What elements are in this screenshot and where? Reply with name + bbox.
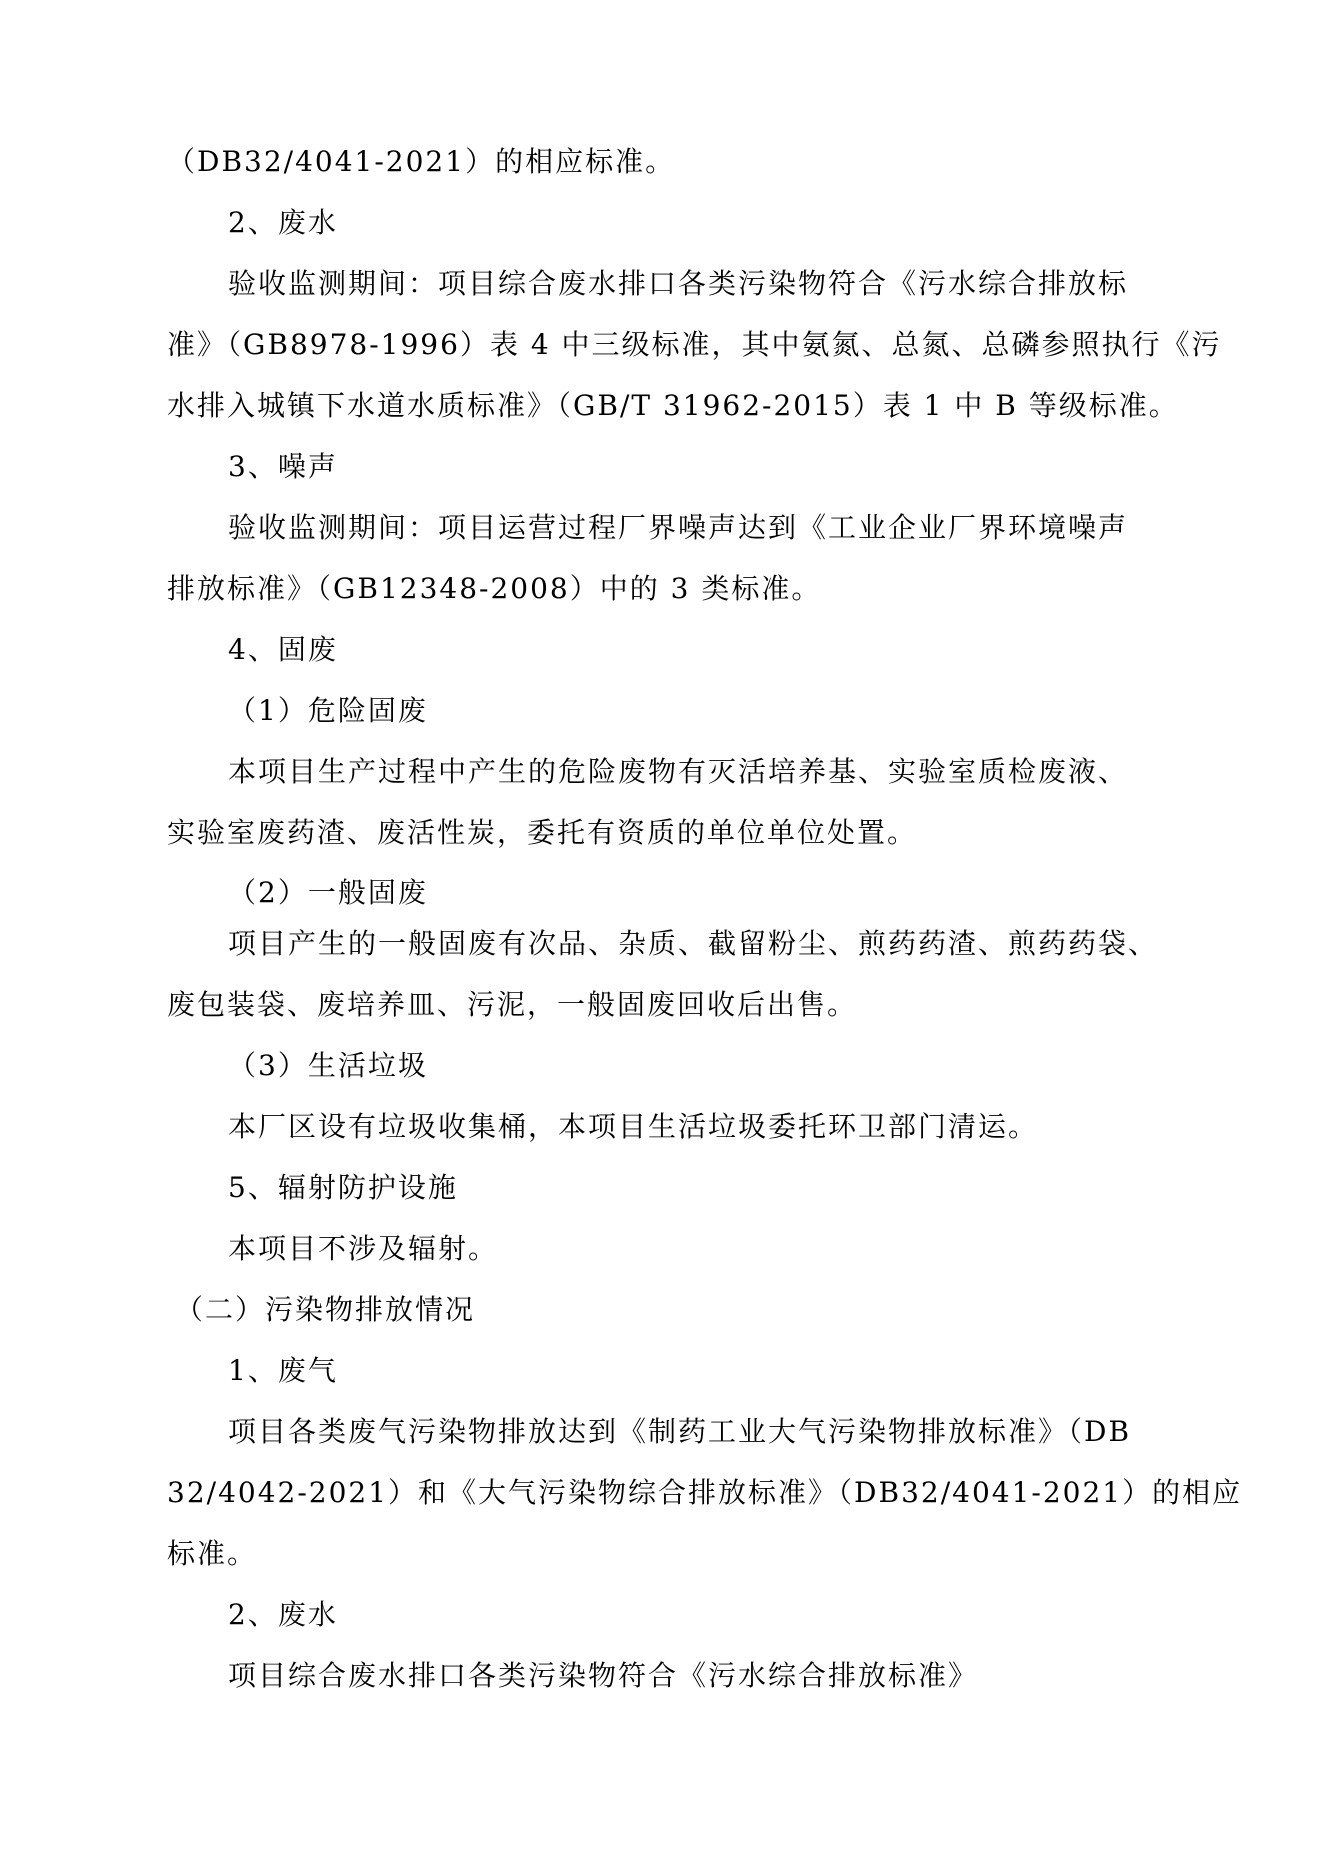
heading-wastewater-2: 2、废水: [228, 1595, 338, 1635]
text-line-standard-continuation: （DB32/4041-2021）的相应标准。: [167, 142, 675, 182]
subheading-general-waste: （2）一般固废: [228, 873, 428, 913]
paragraph-domestic-garbage: 本厂区设有垃圾收集桶，本项目生活垃圾委托环卫部门清运。: [228, 1107, 1038, 1147]
heading-wastewater: 2、废水: [228, 203, 338, 243]
heading-radiation-protection: 5、辐射防护设施: [228, 1168, 458, 1208]
paragraph-wastewater-2-line-1: 项目综合废水排口各类污染物符合《污水综合排放标准》: [228, 1656, 978, 1696]
paragraph-general-line-1: 项目产生的一般固废有次品、杂质、截留粉尘、煎药药渣、煎药药袋、: [228, 924, 1158, 964]
heading-solid-waste: 4、固废: [228, 630, 338, 670]
document-page: （DB32/4041-2021）的相应标准。 2、废水 验收监测期间：项目综合废…: [0, 0, 1323, 1871]
paragraph-wastewater-line-1: 验收监测期间：项目综合废水排口各类污染物符合《污水综合排放标: [228, 264, 1128, 304]
paragraph-noise-line-2: 排放标准》（GB12348-2008）中的 3 类标准。: [167, 569, 821, 609]
heading-noise: 3、噪声: [228, 447, 338, 487]
paragraph-exhaust-line-3: 标准。: [167, 1534, 257, 1574]
heading-exhaust-gas: 1、废气: [228, 1351, 338, 1391]
paragraph-hazardous-line-2: 实验室废药渣、废活性炭，委托有资质的单位单位处置。: [167, 813, 917, 853]
paragraph-radiation: 本项目不涉及辐射。: [228, 1229, 498, 1269]
subheading-hazardous-waste: （1）危险固废: [228, 691, 428, 731]
paragraph-exhaust-line-1: 项目各类废气污染物排放达到《制药工业大气污染物排放标准》（DB: [228, 1412, 1131, 1452]
paragraph-general-line-2: 废包装袋、废培养皿、污泥，一般固废回收后出售。: [167, 985, 857, 1025]
paragraph-noise-line-1: 验收监测期间：项目运营过程厂界噪声达到《工业企业厂界环境噪声: [228, 508, 1128, 548]
paragraph-exhaust-line-2: 32/4042-2021）和《大气污染物综合排放标准》（DB32/4041-20…: [167, 1473, 1242, 1513]
paragraph-wastewater-line-2: 准》（GB8978-1996）表 4 中三级标准，其中氨氮、总氮、总磷参照执行《…: [167, 325, 1222, 365]
paragraph-hazardous-line-1: 本项目生产过程中产生的危险废物有灭活培养基、实验室质检废液、: [228, 752, 1128, 792]
paragraph-wastewater-line-3: 水排入城镇下水道水质标准》（GB/T 31962-2015）表 1 中 B 等级…: [167, 386, 1179, 426]
subheading-domestic-garbage: （3）生活垃圾: [228, 1046, 428, 1086]
section-heading-emissions: （二）污染物排放情况: [175, 1290, 475, 1330]
